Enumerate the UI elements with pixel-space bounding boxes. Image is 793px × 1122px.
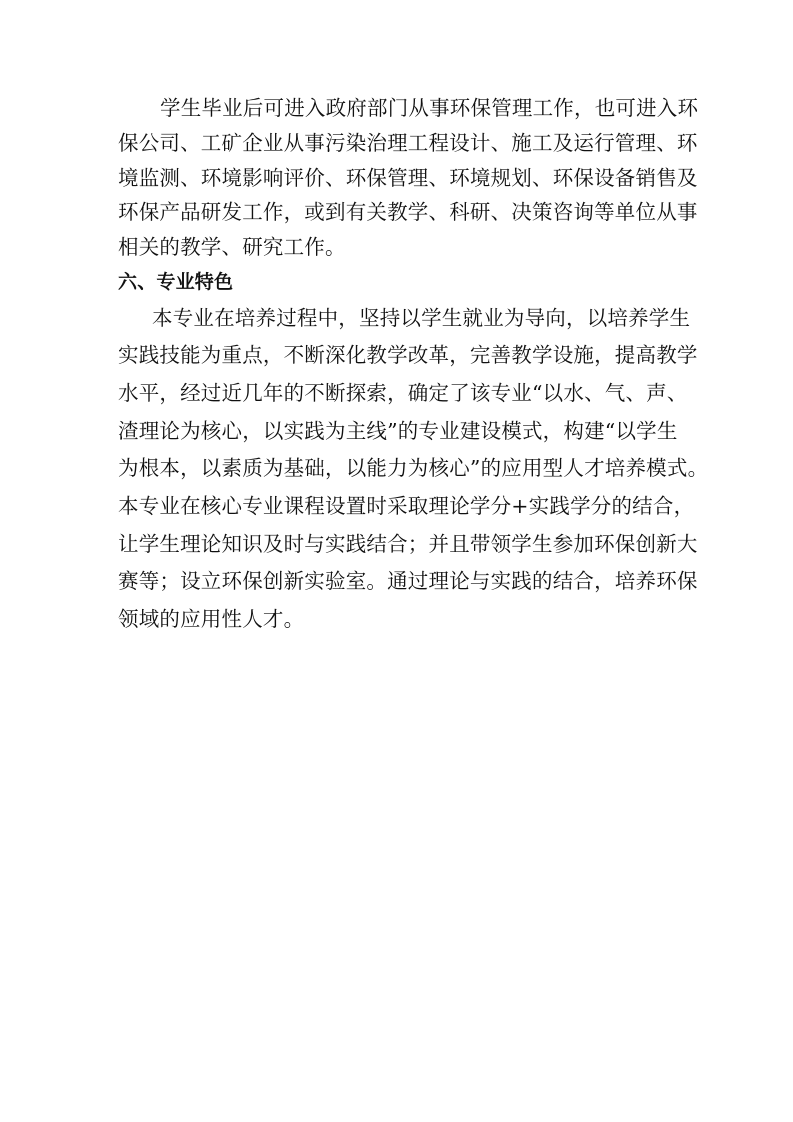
paragraph-1-line-4: 环保产品研发工作，或到有关教学、科研、决策咨询等单位从事 (118, 200, 698, 224)
document-page: 学生毕业后可进入政府部门从事环保管理工作，也可进入环 保公司、工矿企业从事污染治… (0, 0, 793, 1122)
paragraph-2-line-7: 让学生理论知识及时与实践结合；并且带领学生参加环保创新大 (118, 532, 698, 556)
section-heading: 六、专业特色 (118, 270, 233, 294)
paragraph-1-line-5: 相关的教学、研究工作。 (118, 235, 346, 259)
paragraph-2-line-9: 领域的应用性人才。 (118, 607, 304, 631)
paragraph-1-line-2: 保公司、工矿企业从事污染治理工程设计、施工及运行管理、环 (118, 131, 698, 155)
paragraph-1-line-1: 学生毕业后可进入政府部门从事环保管理工作，也可进入环 (160, 96, 698, 120)
paragraph-2-line-4: 渣理论为核心，以实践为主线”的专业建设模式，构建“以学生 (118, 419, 678, 443)
paragraph-2-line-5: 为根本，以素质为基础，以能力为核心”的应用型人才培养模式。 (118, 456, 708, 480)
paragraph-2-line-1: 本专业在培养过程中，坚持以学生就业为导向，以培养学生 (152, 306, 690, 330)
paragraph-2-line-2: 实践技能为重点，不断深化教学改革，完善教学设施，提高教学 (118, 343, 698, 367)
paragraph-2-line-8: 赛等；设立环保创新实验室。通过理论与实践的结合，培养环保 (118, 569, 698, 593)
paragraph-1-line-3: 境监测、环境影响评价、环保管理、环境规划、环保设备销售及 (118, 166, 698, 190)
paragraph-2-line-6: 本专业在核心专业课程设置时采取理论学分+实践学分的结合， (118, 494, 694, 518)
paragraph-2-line-3: 水平，经过近几年的不断探索，确定了该专业“以水、气、声、 (118, 381, 688, 405)
